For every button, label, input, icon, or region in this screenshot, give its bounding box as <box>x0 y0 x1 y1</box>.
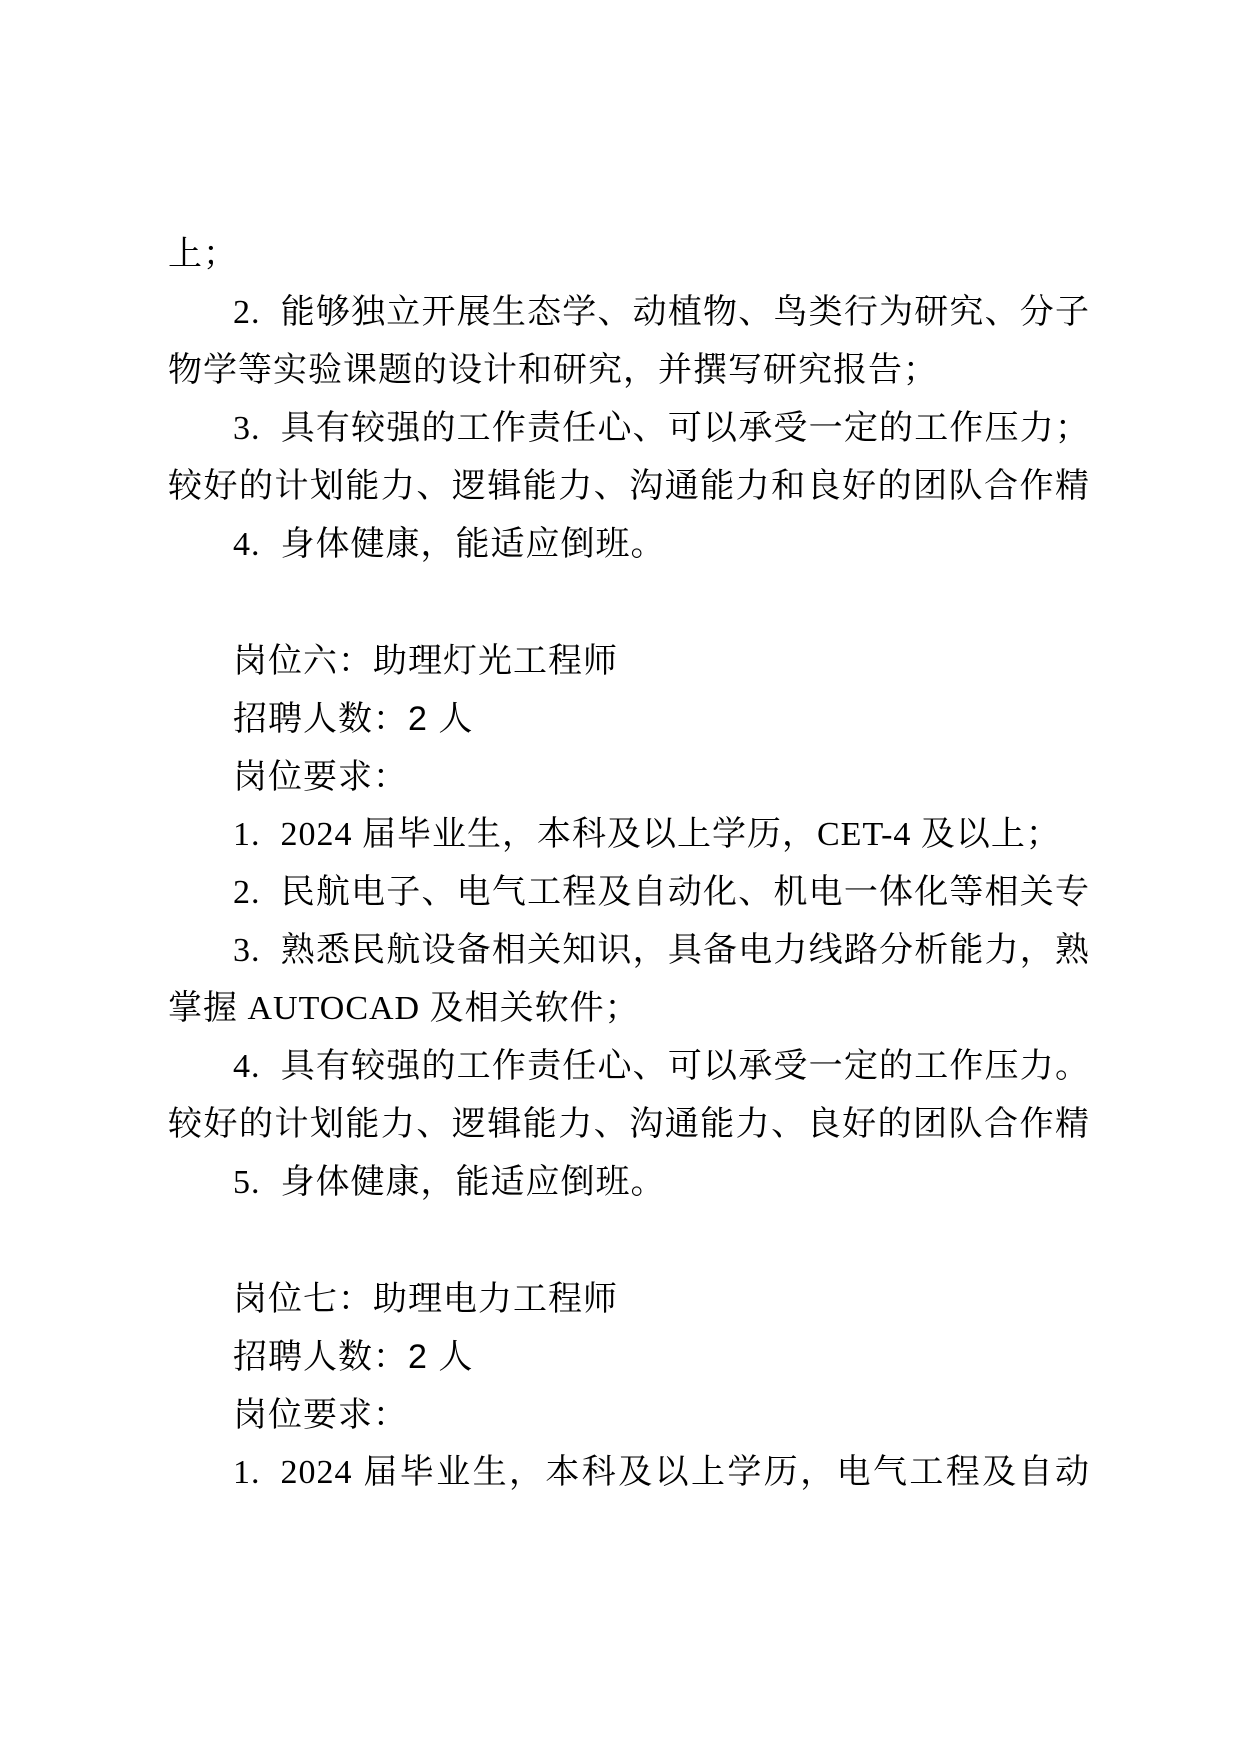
field-label-line: 岗位要求： <box>168 1386 1090 1444</box>
line-text: 2024 届毕业生，本科及以上学历，CET-4 及以上； <box>281 816 1061 853</box>
line-text: 较好的计划能力、逻辑能力、沟通能力和良好的团队合作精神； <box>168 468 1090 516</box>
list-item-number: 3. <box>233 922 261 980</box>
line-text: 上； <box>168 236 238 273</box>
list-item-number: 3. <box>233 400 261 458</box>
line-text: 具有较强的工作责任心、可以承受一定的工作压力；有 <box>233 410 1090 458</box>
field-label-line: 招聘人数：2 人 <box>168 690 1090 748</box>
line-text: 招聘人数：2 人 <box>233 1338 473 1376</box>
blank-line <box>168 1212 1090 1270</box>
line-text: 熟悉民航设备相关知识，具备电力线路分析能力，熟练 <box>233 932 1090 980</box>
heading-text: 岗位七：助理电力工程师 <box>233 1280 618 1318</box>
list-item-line: 4.具有较强的工作责任心、可以承受一定的工作压力。有 <box>168 1038 1090 1096</box>
position-heading: 岗位六：助理灯光工程师 <box>168 632 1090 690</box>
list-item-number: 2. <box>233 864 261 922</box>
line-text: 岗位要求： <box>233 758 408 796</box>
list-item-line: 3.熟悉民航设备相关知识，具备电力线路分析能力，熟练 <box>168 922 1090 980</box>
text-line: 较好的计划能力、逻辑能力、沟通能力和良好的团队合作精神； <box>168 458 1090 516</box>
list-item-line: 1.2024 届毕业生，本科及以上学历，电气工程及自动化、 <box>168 1444 1090 1502</box>
line-text: 2024 届毕业生，本科及以上学历，电气工程及自动化、 <box>233 1454 1090 1502</box>
line-text: 身体健康，能适应倒班。 <box>281 1164 666 1201</box>
line-text: 民航电子、电气工程及自动化、机电一体化等相关专业； <box>233 874 1090 922</box>
list-item-line: 1.2024 届毕业生，本科及以上学历，CET-4 及以上； <box>168 806 1090 864</box>
line-text: 具有较强的工作责任心、可以承受一定的工作压力。有 <box>233 1048 1090 1096</box>
line-text: 较好的计划能力、逻辑能力、沟通能力、良好的团队合作精神； <box>168 1106 1090 1154</box>
list-item-number: 5. <box>233 1154 261 1212</box>
list-item-line: 2.能够独立开展生态学、动植物、鸟类行为研究、分子生 <box>168 284 1090 342</box>
line-text: 能够独立开展生态学、动植物、鸟类行为研究、分子生 <box>233 294 1090 342</box>
position-heading: 岗位七：助理电力工程师 <box>168 1270 1090 1328</box>
text-line: 上； <box>168 226 1090 284</box>
list-item-line: 4.身体健康，能适应倒班。 <box>168 516 1090 574</box>
heading-text: 岗位六：助理灯光工程师 <box>233 642 618 680</box>
field-label-line: 招聘人数：2 人 <box>168 1328 1090 1386</box>
blank-line <box>168 574 1090 632</box>
list-item-number: 1. <box>233 1444 261 1502</box>
list-item-number: 1. <box>233 806 261 864</box>
line-text: 招聘人数：2 人 <box>233 700 473 738</box>
line-text: 物学等实验课题的设计和研究，并撰写研究报告； <box>168 352 938 389</box>
field-label-line: 岗位要求： <box>168 748 1090 806</box>
line-text: 岗位要求： <box>233 1396 408 1434</box>
text-content: 上；2.能够独立开展生态学、动植物、鸟类行为研究、分子生物学等实验课题的设计和研… <box>168 226 1090 1502</box>
list-item-line: 2.民航电子、电气工程及自动化、机电一体化等相关专业； <box>168 864 1090 922</box>
list-item-number: 4. <box>233 1038 261 1096</box>
line-text: 身体健康，能适应倒班。 <box>281 526 666 563</box>
list-item-line: 3.具有较强的工作责任心、可以承受一定的工作压力；有 <box>168 400 1090 458</box>
text-line: 较好的计划能力、逻辑能力、沟通能力、良好的团队合作精神； <box>168 1096 1090 1154</box>
text-line: 掌握 AUTOCAD 及相关软件； <box>168 980 1090 1038</box>
document-page: 上；2.能够独立开展生态学、动植物、鸟类行为研究、分子生物学等实验课题的设计和研… <box>0 0 1241 1754</box>
list-item-number: 2. <box>233 284 261 342</box>
text-line: 物学等实验课题的设计和研究，并撰写研究报告； <box>168 342 1090 400</box>
list-item-line: 5.身体健康，能适应倒班。 <box>168 1154 1090 1212</box>
line-text: 掌握 AUTOCAD 及相关软件； <box>168 990 640 1027</box>
list-item-number: 4. <box>233 516 261 574</box>
